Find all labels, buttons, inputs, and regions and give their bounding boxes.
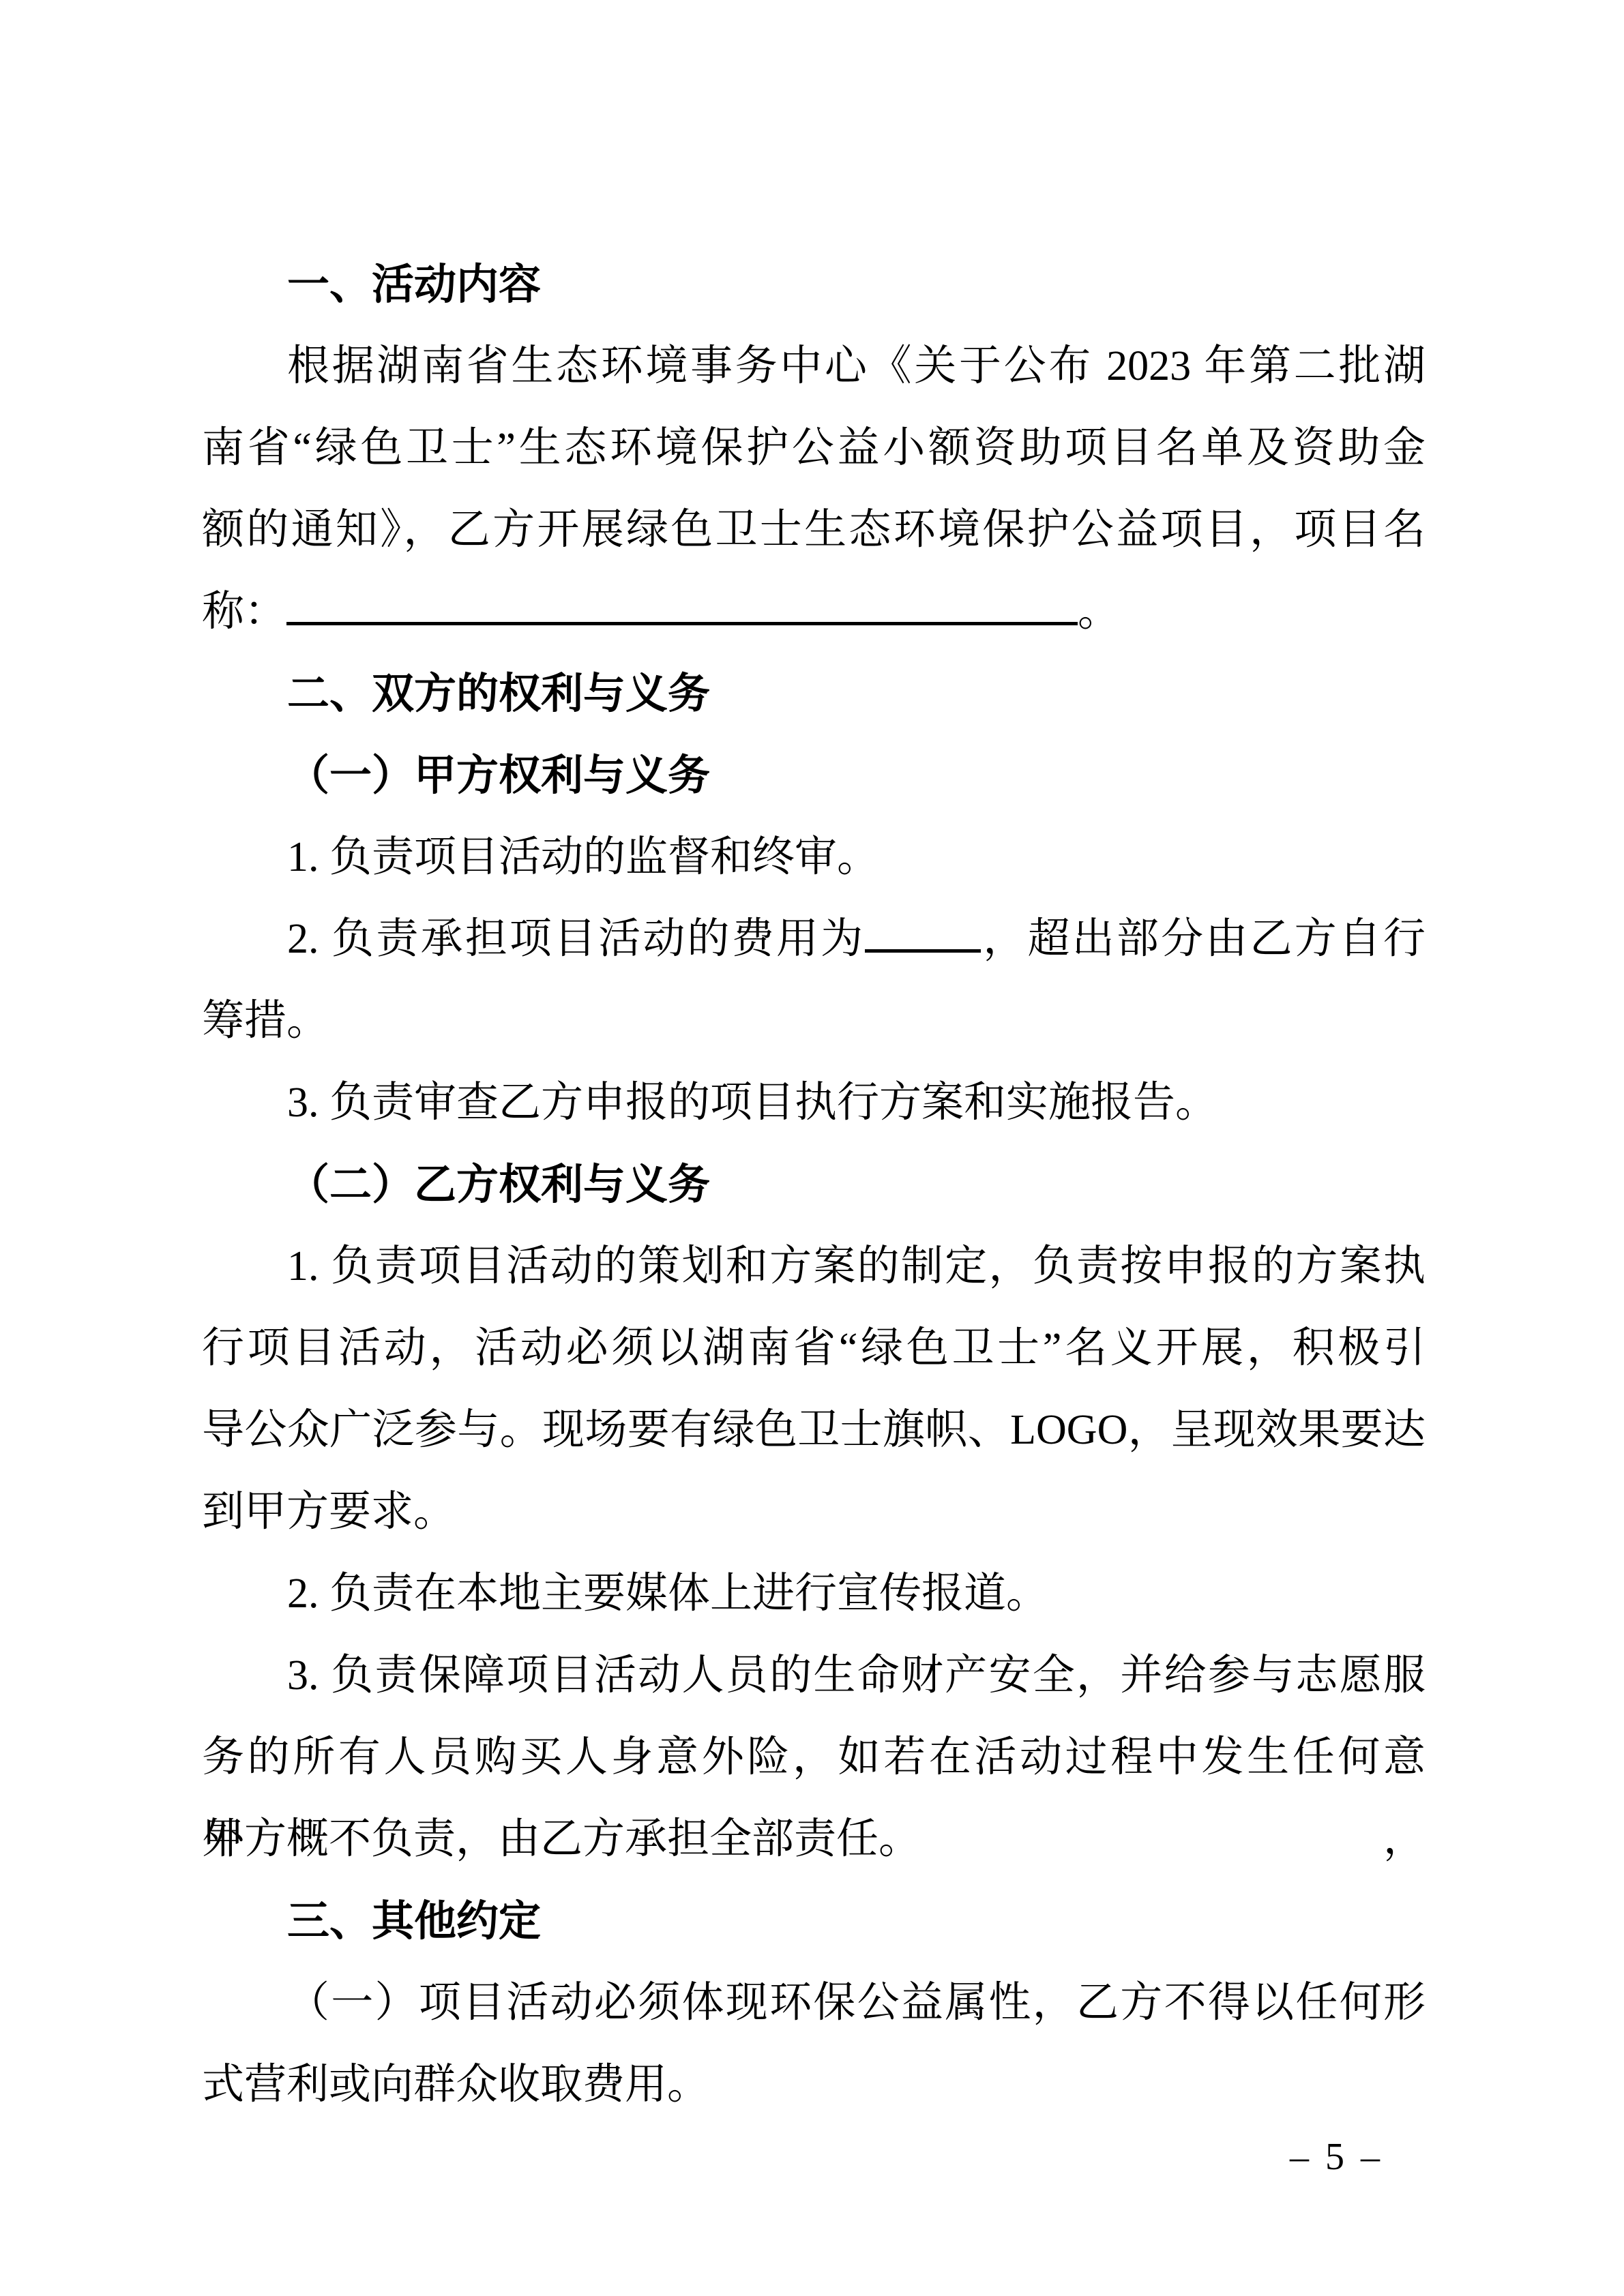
text-line: 3. 负责保障项目活动人员的生命财产安全，并给参与志愿服 [202, 1635, 1426, 1716]
heading-line: （一）甲方权利与义务 [202, 734, 1426, 816]
text-line: 根据湖南省生态环境事务中心《关于公布 2023 年第二批湖 [202, 325, 1426, 407]
fee-amount-blank [865, 949, 981, 953]
blank-prefix-text: 称： [202, 588, 286, 635]
text-line: 2. 负责承担项目活动的费用为，超出部分由乙方自行 [202, 898, 1426, 980]
text-line: 南省“绿色卫士”生态环境保护公益小额资助项目名单及资助金 [202, 407, 1426, 489]
heading-line: （二）乙方权利与义务 [202, 1144, 1426, 1225]
heading-line: 一、活动内容 [202, 243, 1426, 325]
text-line: 式营利或向群众收取费用。 [202, 2044, 1426, 2126]
text-line: 到甲方要求。 [202, 1471, 1426, 1553]
text-line: 导公众广泛参与。现场要有绿色卫士旗帜、LOGO，呈现效果要达 [202, 1389, 1426, 1471]
text-line: 务的所有人员购买人身意外险，如若在活动过程中发生任何意外， [202, 1716, 1426, 1798]
blank-suffix-text: 。 [1078, 588, 1120, 635]
heading-line: 三、其他约定 [202, 1880, 1426, 1962]
text-line: 筹措。 [202, 980, 1426, 1062]
text-line: 1. 负责项目活动的监督和终审。 [202, 816, 1426, 898]
blank-prefix-text: 2. 负责承担项目活动的费用为 [287, 916, 865, 962]
text-line: 1. 负责项目活动的策划和方案的制定，负责按申报的方案执 [202, 1225, 1426, 1307]
text-line: 行项目活动，活动必须以湖南省“绿色卫士”名义开展，积极引 [202, 1307, 1426, 1389]
blank-suffix-text: ，超出部分由乙方自行 [981, 916, 1426, 962]
contract-text-body: 一、活动内容根据湖南省生态环境事务中心《关于公布 2023 年第二批湖南省“绿色… [202, 243, 1426, 2126]
document-page: 一、活动内容根据湖南省生态环境事务中心《关于公布 2023 年第二批湖南省“绿色… [0, 0, 1624, 2296]
text-line: （一）项目活动必须体现环保公益属性，乙方不得以任何形 [202, 1962, 1426, 2044]
text-line: 称：。 [202, 571, 1426, 653]
page-number: – 5 – [1290, 2136, 1380, 2177]
project-name-blank [286, 622, 1078, 625]
heading-line: 二、双方的权利与义务 [202, 653, 1426, 734]
text-line: 2. 负责在本地主要媒体上进行宣传报道。 [202, 1553, 1426, 1635]
text-line: 额的通知》，乙方开展绿色卫士生态环境保护公益项目，项目名 [202, 489, 1426, 571]
text-line: 3. 负责审查乙方申报的项目执行方案和实施报告。 [202, 1062, 1426, 1144]
